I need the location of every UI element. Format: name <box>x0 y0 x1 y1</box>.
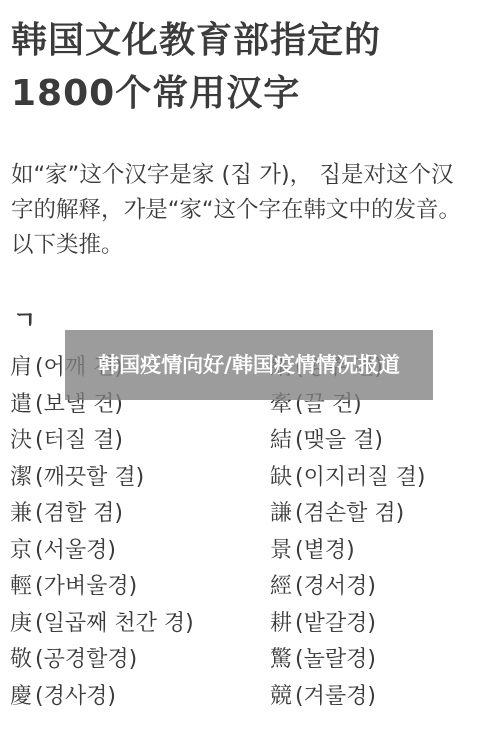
hanja-reading: (겸할 겸) <box>35 501 123 526</box>
hanja-character: 景 <box>270 538 292 563</box>
hanja-entry: 京(서울경) <box>10 533 194 570</box>
hanja-reading: (이지러질 결) <box>295 465 425 490</box>
hanja-entry: 經(경서경) <box>270 569 425 606</box>
hanja-entry: 敬(공경할경) <box>10 642 194 679</box>
title-line-2: 1800个常用汉字 <box>11 67 381 120</box>
section-heading-giyeok: ㄱ <box>13 305 36 335</box>
hanja-character: 競 <box>270 684 292 709</box>
entries-left-column: 肩(어깨 견)遣(보낼 견)決(터질 결)潔(깨끗할 결)兼(겸할 겸)京(서울… <box>10 350 194 715</box>
hanja-entry: 驚(놀랄경) <box>270 642 425 679</box>
hanja-character: 缺 <box>270 465 292 490</box>
hanja-reading: (공경할경) <box>35 647 137 672</box>
hanja-entry: 慶(경사경) <box>10 679 194 716</box>
hanja-entry: 結(맺을 결) <box>270 423 425 460</box>
hanja-character: 敬 <box>10 647 32 672</box>
hanja-entry: 輕(가벼울경) <box>10 569 194 606</box>
hanja-character: 輕 <box>10 574 32 599</box>
hanja-character: 結 <box>270 428 292 453</box>
hanja-reading: (겨룰경) <box>295 684 376 709</box>
hanja-character: 慶 <box>10 684 32 709</box>
hanja-reading: (놀랄경) <box>295 647 376 672</box>
hanja-character: 肩 <box>10 355 32 380</box>
document-title: 韩国文化教育部指定的 1800个常用汉字 <box>11 14 381 120</box>
hanja-entry: 耕(밭갈경) <box>270 606 425 643</box>
hanja-entry: 缺(이지러질 결) <box>270 460 425 497</box>
hanja-entry: 兼(겸할 겸) <box>10 496 194 533</box>
hanja-entry: 決(터질 결) <box>10 423 194 460</box>
hanja-reading: (볕경) <box>295 538 355 563</box>
hanja-entry: 謙(겸손할 겸) <box>270 496 425 533</box>
caption-overlay: 韩国疫情向好/韩国疫情情况报道 <box>65 330 433 400</box>
hanja-entry: 庚(일곱째 천간 경) <box>10 606 194 643</box>
intro-paragraph: 如“家”这个汉字是家 (집 가)， 집是对这个汉 字的解释，가是“家“这个字在韩… <box>11 158 496 263</box>
hanja-character: 耕 <box>270 611 292 636</box>
hanja-character: 兼 <box>10 501 32 526</box>
hanja-character: 決 <box>10 428 32 453</box>
hanja-character: 謙 <box>270 501 292 526</box>
hanja-entry: 潔(깨끗할 결) <box>10 460 194 497</box>
hanja-entry: 景(볕경) <box>270 533 425 570</box>
hanja-reading: (터질 결) <box>35 428 123 453</box>
hanja-reading: (경서경) <box>295 574 376 599</box>
hanja-character: 潔 <box>10 465 32 490</box>
hanja-reading: (경사경) <box>35 684 116 709</box>
entries-right-column: 絹(명주 견)牽(끌 견)結(맺을 결)缺(이지러질 결)謙(겸손할 겸)景(볕… <box>270 350 425 715</box>
hanja-entry: 競(겨룰경) <box>270 679 425 716</box>
hanja-reading: (서울경) <box>35 538 116 563</box>
hanja-reading: (깨끗할 결) <box>35 465 144 490</box>
hanja-reading: (밭갈경) <box>295 611 376 636</box>
hanja-character: 庚 <box>10 611 32 636</box>
hanja-reading: (가벼울경) <box>35 574 137 599</box>
hanja-reading: (겸손할 겸) <box>295 501 404 526</box>
hanja-character: 遣 <box>10 392 32 417</box>
hanja-character: 驚 <box>270 647 292 672</box>
title-line-1: 韩国文化教育部指定的 <box>11 14 381 67</box>
hanja-reading: (맺을 결) <box>295 428 383 453</box>
hanja-character: 京 <box>10 538 32 563</box>
hanja-reading: (일곱째 천간 경) <box>35 611 194 636</box>
hanja-character: 經 <box>270 574 292 599</box>
caption-text: 韩国疫情向好/韩国疫情情况报道 <box>84 352 414 378</box>
